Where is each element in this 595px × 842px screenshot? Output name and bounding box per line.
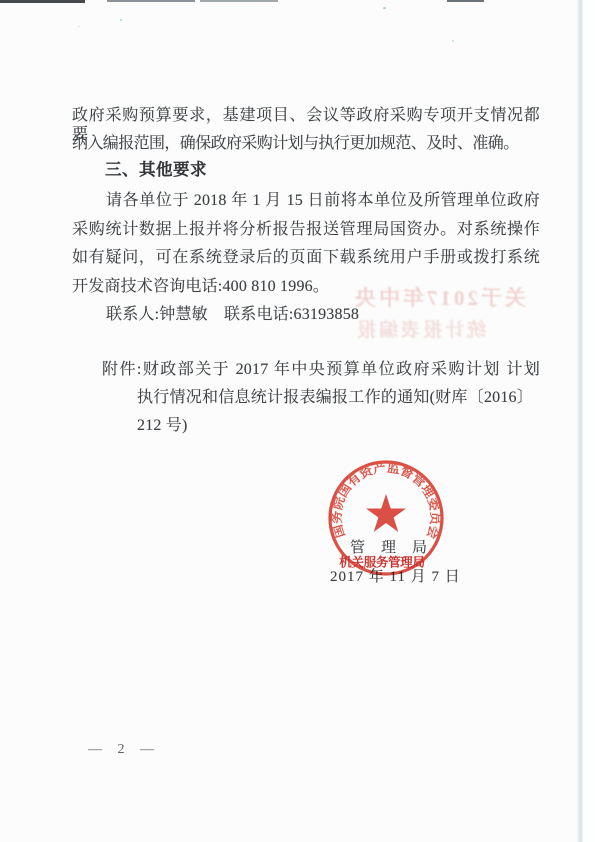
body-line: 纳入编报范围，确保政府采购计划与执行更加规范、及时、准确。 xyxy=(72,134,519,156)
body-line: 如有疑问，可在系统登录后的页面下载系统用户手册或拨打系统 xyxy=(72,248,540,270)
scan-speck xyxy=(383,7,386,9)
scan-artifact-strip xyxy=(200,0,278,2)
body-line: 请各单位于 2018 年 1 月 15 日前将本单位及所管理单位政府 xyxy=(106,191,540,213)
attachment-line: 附件:财政部关于 2017 年中央预算单位政府采购计划 计划 xyxy=(102,360,540,382)
attachment-line: 执行情况和信息统计报表编报工作的通知(财库〔2016〕 xyxy=(137,388,533,410)
page-edge-margin xyxy=(583,0,595,842)
contact-line: 联系人:钟慧敏 联系电话:63193858 xyxy=(106,305,359,327)
section-heading: 三、其他要求 xyxy=(105,161,207,183)
scan-artifact-strip xyxy=(0,0,85,3)
scan-speck xyxy=(452,40,454,42)
attachment-line: 212 号) xyxy=(137,416,188,438)
official-seal: 国务院国有资产监督管理委员会 机关服务管理局 xyxy=(324,458,448,582)
seal-banner-text: 机关服务管理局 xyxy=(339,555,425,570)
scan-speck xyxy=(120,19,122,21)
scan-artifact-strip xyxy=(447,0,484,2)
red-star-icon xyxy=(366,494,406,532)
page-number: — 2 — xyxy=(88,742,156,758)
scan-artifact-strip xyxy=(107,0,195,2)
body-line: 开发商技术咨询电话:400 810 1996。 xyxy=(72,277,329,299)
body-line: 采购统计数据上报并将分析报告报送管理局国资办。对系统操作 xyxy=(72,220,540,242)
body-line: 政府采购预算要求，基建项目、会议等政府采购专项开支情况都要 xyxy=(72,106,540,128)
scanned-document-page: 关于2017年中央 统计报表编报 政府采购预算要求，基建项目、会议等政府采购专项… xyxy=(0,0,595,842)
scan-speck xyxy=(78,26,80,27)
